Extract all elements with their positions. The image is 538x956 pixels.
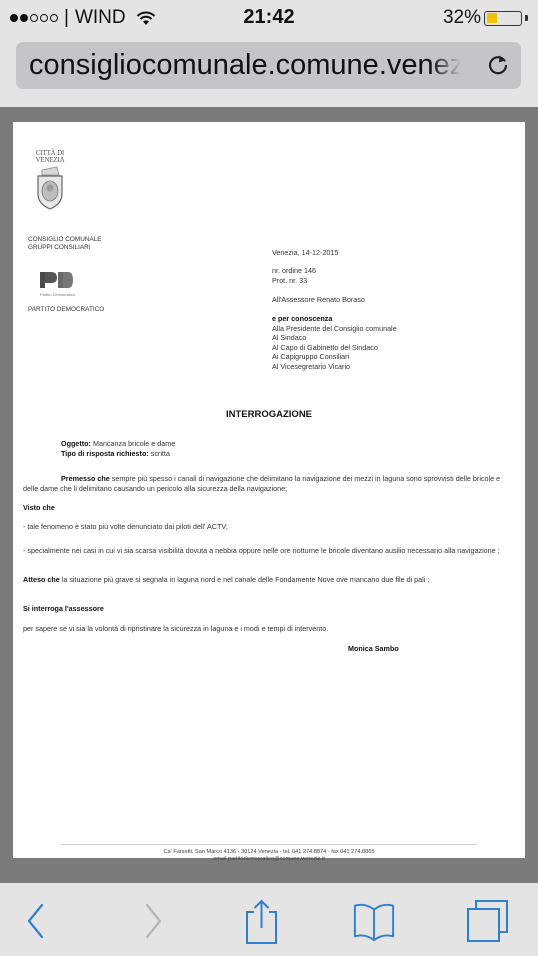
order-number: nr. ordine 146 [272,266,316,276]
interroga-heading: Si interroga l'assessore [23,604,104,614]
city-crest-logo: CITTÀ DI VENEZIA [33,150,67,210]
interroga-paragraph: per sapere se vi sia la volontà di ripri… [23,624,513,634]
cc-block: e per conoscenza Alla Presidente del Con… [272,314,397,372]
visto-item-1: - tale fenomeno è stato più volte denunc… [23,522,513,532]
battery-icon [484,11,522,26]
org-line1: CONSIGLIO COMUNALE [28,236,102,244]
battery-indicator: 32% [443,7,528,29]
visto-heading: Visto che [23,503,55,513]
party-logo: Partito Democratico [40,270,76,300]
bookmarks-icon [352,899,396,943]
response-type-line: Tipo di risposta richiesto: scritta [61,449,175,459]
org-line2: GRUPPI CONSILIARI [28,244,102,252]
battery-percent: 32% [443,7,481,29]
cc-recipient: Al Sindaco [272,333,397,343]
back-button[interactable] [14,899,58,943]
status-bar: | WIND 21:42 32% [0,0,538,36]
party-name: PARTITO DEMOCRATICO [28,305,104,315]
back-icon [25,901,47,941]
recipient: All'Assessore Renato Boraso [272,295,365,305]
document-page: CITTÀ DI VENEZIA CONSIGLIO COMUNALE GRUP… [13,122,525,858]
address-bar[interactable]: consigliocomunale.comune.venezia.it [16,42,521,89]
share-button[interactable] [238,899,282,943]
org-heading: CONSIGLIO COMUNALE GRUPPI CONSILIARI [28,236,102,252]
premesso-paragraph: Premesso che sempre più spesso i canali … [23,474,513,493]
signature: Monica Sambo [348,644,399,654]
forward-button[interactable] [131,899,175,943]
tabs-button[interactable] [466,899,510,943]
cc-recipient: Alla Presidente del Consiglio comunale [272,324,397,334]
document-date: Venezia, 14-12-2015 [272,248,338,258]
tabs-icon [466,899,510,943]
footer-divider [61,844,477,845]
visto-item-2: - specialmente nei casi in cui vi sia sc… [23,546,513,556]
subject-line: Oggetto: Mancanza bricole e dame [61,439,175,449]
battery-level [487,13,498,23]
cc-recipient: Al Vicesegretario Vicario [272,362,397,372]
atteso-paragraph: Atteso che la situazione più grave si se… [23,575,513,585]
pdf-viewer[interactable]: CITTÀ DI VENEZIA CONSIGLIO COMUNALE GRUP… [0,107,538,883]
reload-icon[interactable] [485,52,511,78]
cc-recipient: Al Capo di Gabinetto del Sindaco [272,343,397,353]
document-footer: Ca' Farsetti, San Marco 4136 - 30124 Ven… [13,849,525,863]
crest-shield-icon [33,164,67,210]
document-title: INTERROGAZIONE [13,409,525,420]
url-text[interactable]: consigliocomunale.comune.venezia.it [29,49,461,82]
subject-block: Oggetto: Mancanza bricole e dame Tipo di… [61,439,175,458]
footer-address: Ca' Farsetti, San Marco 4136 - 30124 Ven… [13,849,525,856]
forward-icon [142,901,164,941]
battery-tip [525,15,528,21]
footer-email: email partitodemocratico@comune.venezia.… [13,856,525,863]
browser-toolbar [0,883,538,956]
bookmarks-button[interactable] [352,899,396,943]
protocol-number: Prot. nr. 33 [272,276,316,286]
cc-recipient: Ai Capigruppo Consiliari [272,352,397,362]
reference-block: nr. ordine 146 Prot. nr. 33 [272,266,316,285]
svg-text:Partito Democratico: Partito Democratico [40,292,76,297]
crest-title-line2: VENEZIA [33,157,67,164]
share-icon [240,898,280,944]
cc-list: Alla Presidente del Consiglio comunaleAl… [272,324,397,372]
cc-label: e per conoscenza [272,314,397,324]
